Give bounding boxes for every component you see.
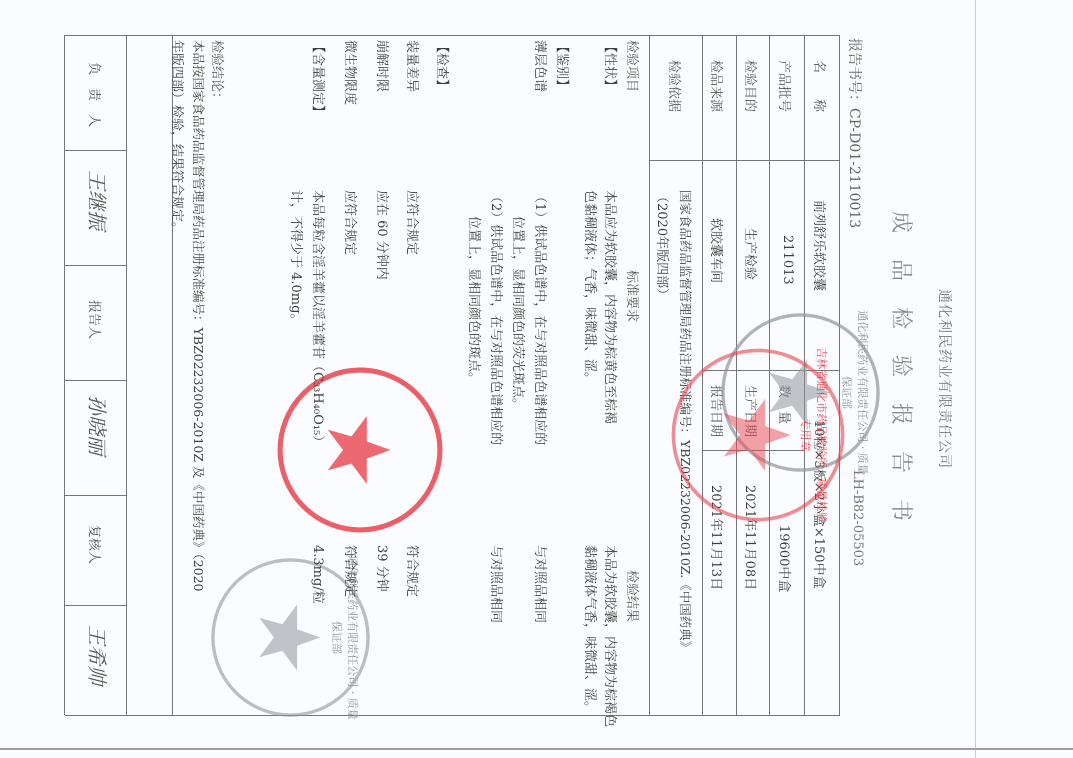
- result-standard: 位置上，显相同颜色的斑点。: [466, 190, 485, 385]
- result-standard: 色黏稠液体；气香，味微甜、涩。: [582, 190, 601, 385]
- basis-line-2: （2020年版四部）: [654, 190, 673, 301]
- result-result: 符合规定: [404, 545, 423, 597]
- purpose-value: 生产检验: [742, 228, 761, 280]
- reviewer-label: 复核人: [86, 525, 105, 564]
- result-standard: 本品每粒含淫羊藿以淫羊藿苷（C₃₃H₄₀O₁₅）: [310, 190, 329, 448]
- reviewer-signature: 王希帅: [84, 625, 113, 685]
- batch-label: 产品批号: [776, 60, 795, 112]
- result-item: 【鉴别】: [554, 40, 573, 92]
- conclusion-label: 检验结论：: [209, 40, 228, 105]
- basis-label: 检验依据: [666, 60, 685, 112]
- purpose-label: 检验目的: [742, 60, 761, 112]
- product-name: 前列舒乐软胶囊: [811, 200, 830, 291]
- result-result: 4.3mg/粒: [310, 545, 329, 604]
- form-code: LH-B82-05503: [850, 470, 865, 566]
- conclusion-line-1: 本品按国家食品药品监督管理局药品注册标准编号：YBZ02232006-2010Z…: [190, 40, 208, 592]
- conclusion-line-2: 年版四部）检验，结果符合规定。: [169, 40, 188, 235]
- result-standard: （1）供试品色谱中，在与对照品色谱相应的: [532, 190, 551, 445]
- report-number: 报告书号：CP-D01-2110013: [845, 38, 865, 228]
- inspection-institute-stamp-2: [275, 365, 445, 535]
- result-standard: （2）供试品色谱中，在与对照品色谱相应的: [488, 190, 507, 445]
- result-result: 39 分钟: [374, 545, 393, 592]
- result-item: 【检查】: [434, 40, 453, 92]
- result-standard: 计，不得少于 4.0mg。: [288, 190, 307, 326]
- inspection-institute-stamp: 吉林省通化市药品检验所 · 质量检验专用章: [668, 345, 848, 525]
- result-item: 薄层色谱: [532, 40, 551, 92]
- header-standard: 标准要求: [624, 270, 643, 322]
- result-result: 与对照品相同: [488, 545, 507, 623]
- result-result: 与对照品相同: [532, 545, 551, 623]
- report-title: 成品检验报告书: [887, 0, 918, 758]
- source-value: 软胶囊车间: [708, 218, 727, 283]
- header-result: 检验结果: [624, 570, 643, 622]
- result-item: 【性状】: [602, 40, 621, 92]
- result-standard: 应符合规定: [342, 190, 361, 255]
- result-standard: 应在 60 分钟内: [374, 190, 393, 280]
- result-standard: 应符合规定: [404, 190, 423, 255]
- result-item: 装量差异: [404, 40, 423, 92]
- responsible-signature: 王继振: [84, 170, 113, 230]
- result-item: 微生物限度: [342, 40, 361, 105]
- result-result: 黏稠液体气香，味微甜、涩。: [582, 545, 601, 714]
- result-item: 崩解时限: [374, 40, 393, 92]
- reporter-signature: 孙晓丽: [84, 395, 113, 455]
- result-standard: 位置上，显相同颜色的荧光斑点。: [510, 190, 529, 411]
- header-item: 检验项目: [624, 40, 643, 92]
- name-label: 名 称: [811, 60, 830, 112]
- reporter-label: 报告人: [86, 300, 105, 339]
- result-result: 本品为软胶囊，内容物为棕褐色: [602, 545, 621, 727]
- result-result: 符合规定: [342, 545, 361, 597]
- inspection-report-page: 通化利民药业有限责任公司 成品检验报告书 报告书号：CP-D01-2110013…: [0, 0, 1073, 758]
- source-label: 检品来源: [708, 60, 727, 112]
- result-item: 【含量测定】: [310, 40, 329, 118]
- batch-value: 211013: [780, 235, 795, 285]
- result-standard: 本品应为软胶囊，内容物为棕黄色至棕褐: [602, 190, 621, 424]
- company-name: 通化利民药业有限责任公司: [935, 0, 955, 758]
- responsible-label: 负 责 人: [86, 62, 105, 127]
- quantity-value: 19600中盒: [776, 525, 795, 592]
